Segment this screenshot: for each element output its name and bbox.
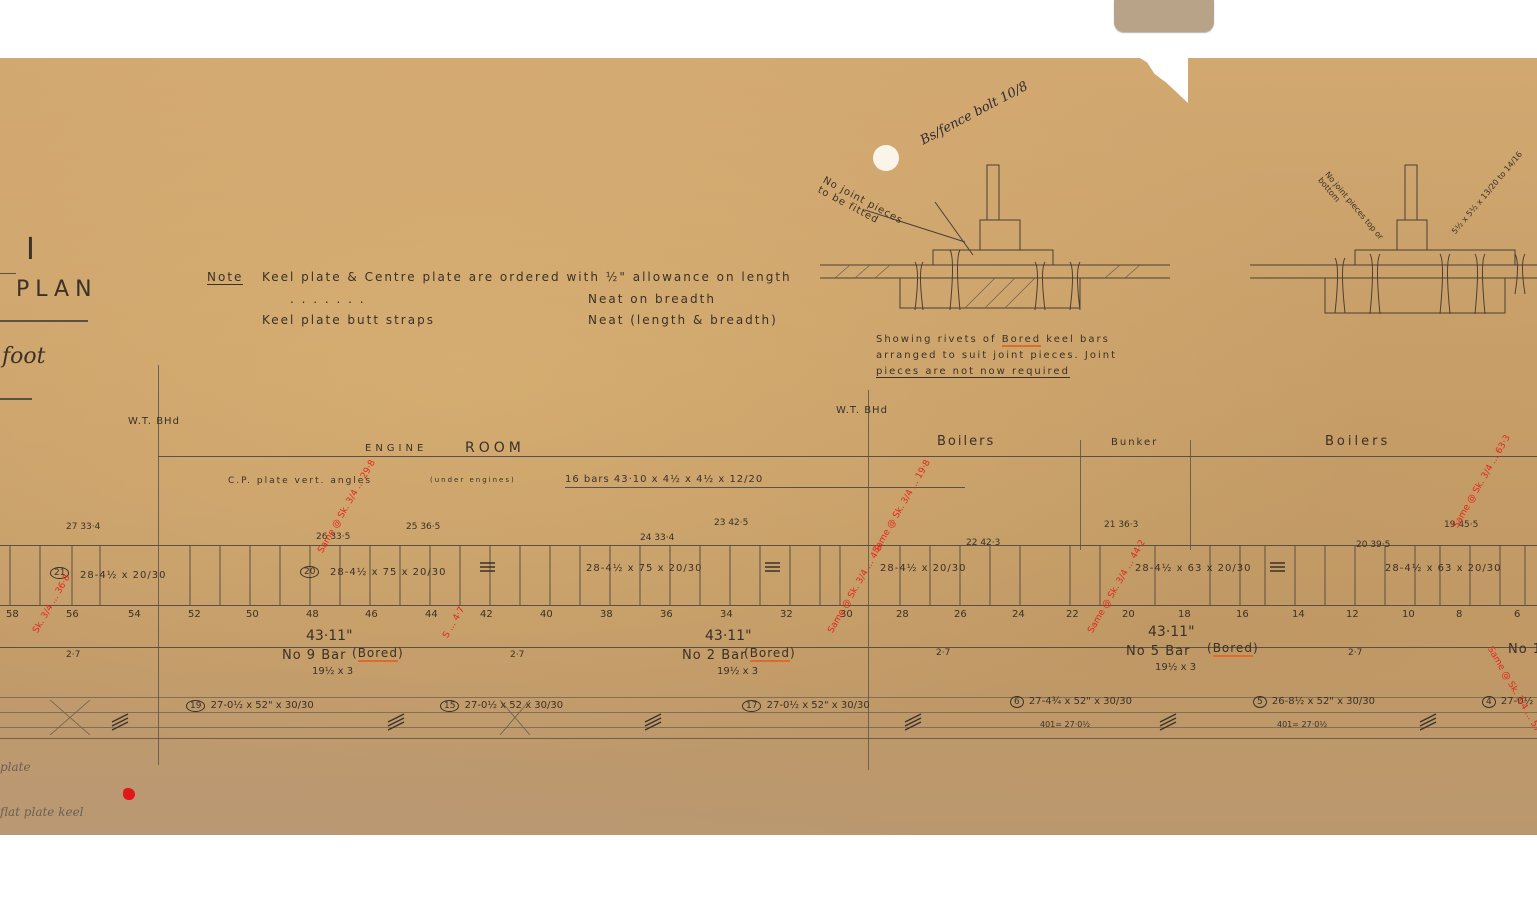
note-ditto: . . . . . . . [290, 292, 366, 306]
plate-20: 20 [300, 566, 319, 578]
plate-spec: 28-4½ x 63 x 20/30 [1385, 563, 1501, 574]
bar-size: 19½ x 3 [717, 666, 758, 677]
plate-spec: 28-4½ x 75 x 20/30 [586, 563, 702, 574]
frame-number-row: 58 56 54 52 50 48 46 44 42 40 38 36 34 3… [0, 609, 1537, 623]
vertical-angles-note: (under engines) [430, 476, 516, 484]
bar-name: No 9 Bar [282, 648, 346, 663]
plate-marker: 20 39·5 [1356, 540, 1390, 550]
scarph-label: 2·7 [66, 650, 80, 660]
bar-name: No 15 [1508, 642, 1537, 657]
butt-strap-marks [0, 700, 1537, 735]
scarph-label: 2·7 [936, 648, 950, 658]
scarph-label: 2·7 [1348, 648, 1362, 658]
centre-plate-bottom-line [0, 605, 1537, 606]
plate-marker: 22 42·3 [966, 538, 1000, 548]
frame-ticks [0, 545, 1537, 605]
bar-size: 19½ x 3 [312, 666, 353, 677]
binding-tab [1114, 0, 1214, 32]
detail-caption-3: pieces are not now required [876, 366, 1070, 378]
compartment-line [158, 456, 1537, 457]
bar-bored: (Bored) [352, 646, 404, 660]
plate-marker: 25 36·5 [406, 522, 440, 532]
note-line-2: Neat on breadth [588, 292, 716, 306]
scarph-label: 2·7 [510, 650, 524, 660]
note-label: Note [207, 270, 243, 285]
bar-bored: (Bored) [1207, 641, 1259, 655]
engine-room-label-1: ENGINE [365, 443, 427, 454]
plate-marker: 24 33·4 [640, 533, 674, 543]
plate-spec: 28-4½ x 20/30 [80, 570, 166, 581]
caption-text: keel bars [1046, 334, 1110, 345]
keel-section-detail-left [815, 150, 1175, 330]
bar-length: 43·11" [306, 628, 353, 644]
bulkhead-label: W.T. BHd [128, 416, 180, 427]
bar-length: 43·11" [705, 628, 752, 644]
boilers-label: Boilers [1325, 434, 1390, 449]
note-line-3: Neat (length & breadth) [588, 313, 778, 327]
vertical-angles-arrow [565, 487, 965, 488]
caption-text: Showing rivets of [876, 334, 997, 345]
bar-name: No 2 Bar [682, 648, 746, 663]
plate-marker: 27 33·4 [66, 522, 100, 532]
bar-name: No 5 Bar [1126, 644, 1190, 659]
handwritten-note: flat plate keel [0, 805, 84, 819]
caption-bored: Bored [1002, 334, 1041, 347]
drawing-title: PLAN [16, 277, 98, 302]
note-line-3-prefix: Keel plate butt straps [262, 313, 435, 327]
title-rule [0, 273, 16, 274]
boilers-label: Boilers [937, 434, 995, 449]
scale-label: foot [2, 344, 45, 369]
plate-marker: 21 36·3 [1104, 520, 1138, 530]
bulkhead-label: W.T. BHd [836, 405, 888, 416]
engine-room-label-2: ROOM [465, 440, 525, 456]
keel-plate-line [0, 738, 1537, 739]
title-underline [0, 320, 88, 322]
note-line-1: Keel plate & Centre plate are ordered wi… [262, 270, 792, 284]
handwritten-note: plate [0, 760, 31, 774]
title-mark: I [26, 232, 41, 267]
bar-size: 19½ x 3 [1155, 662, 1196, 673]
bar-length: 43·11" [1148, 624, 1195, 640]
plate-marker: 23 42·5 [714, 518, 748, 528]
detail-caption-2: arranged to suit joint pieces. Joint [876, 350, 1117, 361]
plate-spec: 28-4½ x 75 x 20/30 [330, 567, 446, 578]
plate-spec: 28-4½ x 20/30 [880, 563, 966, 574]
vertical-angles-spec: 16 bars 43·10 x 4½ x 4½ x 12/20 [565, 474, 763, 485]
plate-spec: 28-4½ x 63 x 20/30 [1135, 563, 1251, 574]
scale-underline [0, 398, 32, 400]
vertical-angles-label: C.P. plate vert. angles [228, 476, 372, 486]
detail-caption-1: Showing rivets of Bored keel bars [876, 334, 1110, 345]
bar-bored: (Bored) [744, 646, 796, 660]
red-ink-spot [123, 788, 135, 800]
bunker-label: Bunker [1111, 437, 1158, 448]
